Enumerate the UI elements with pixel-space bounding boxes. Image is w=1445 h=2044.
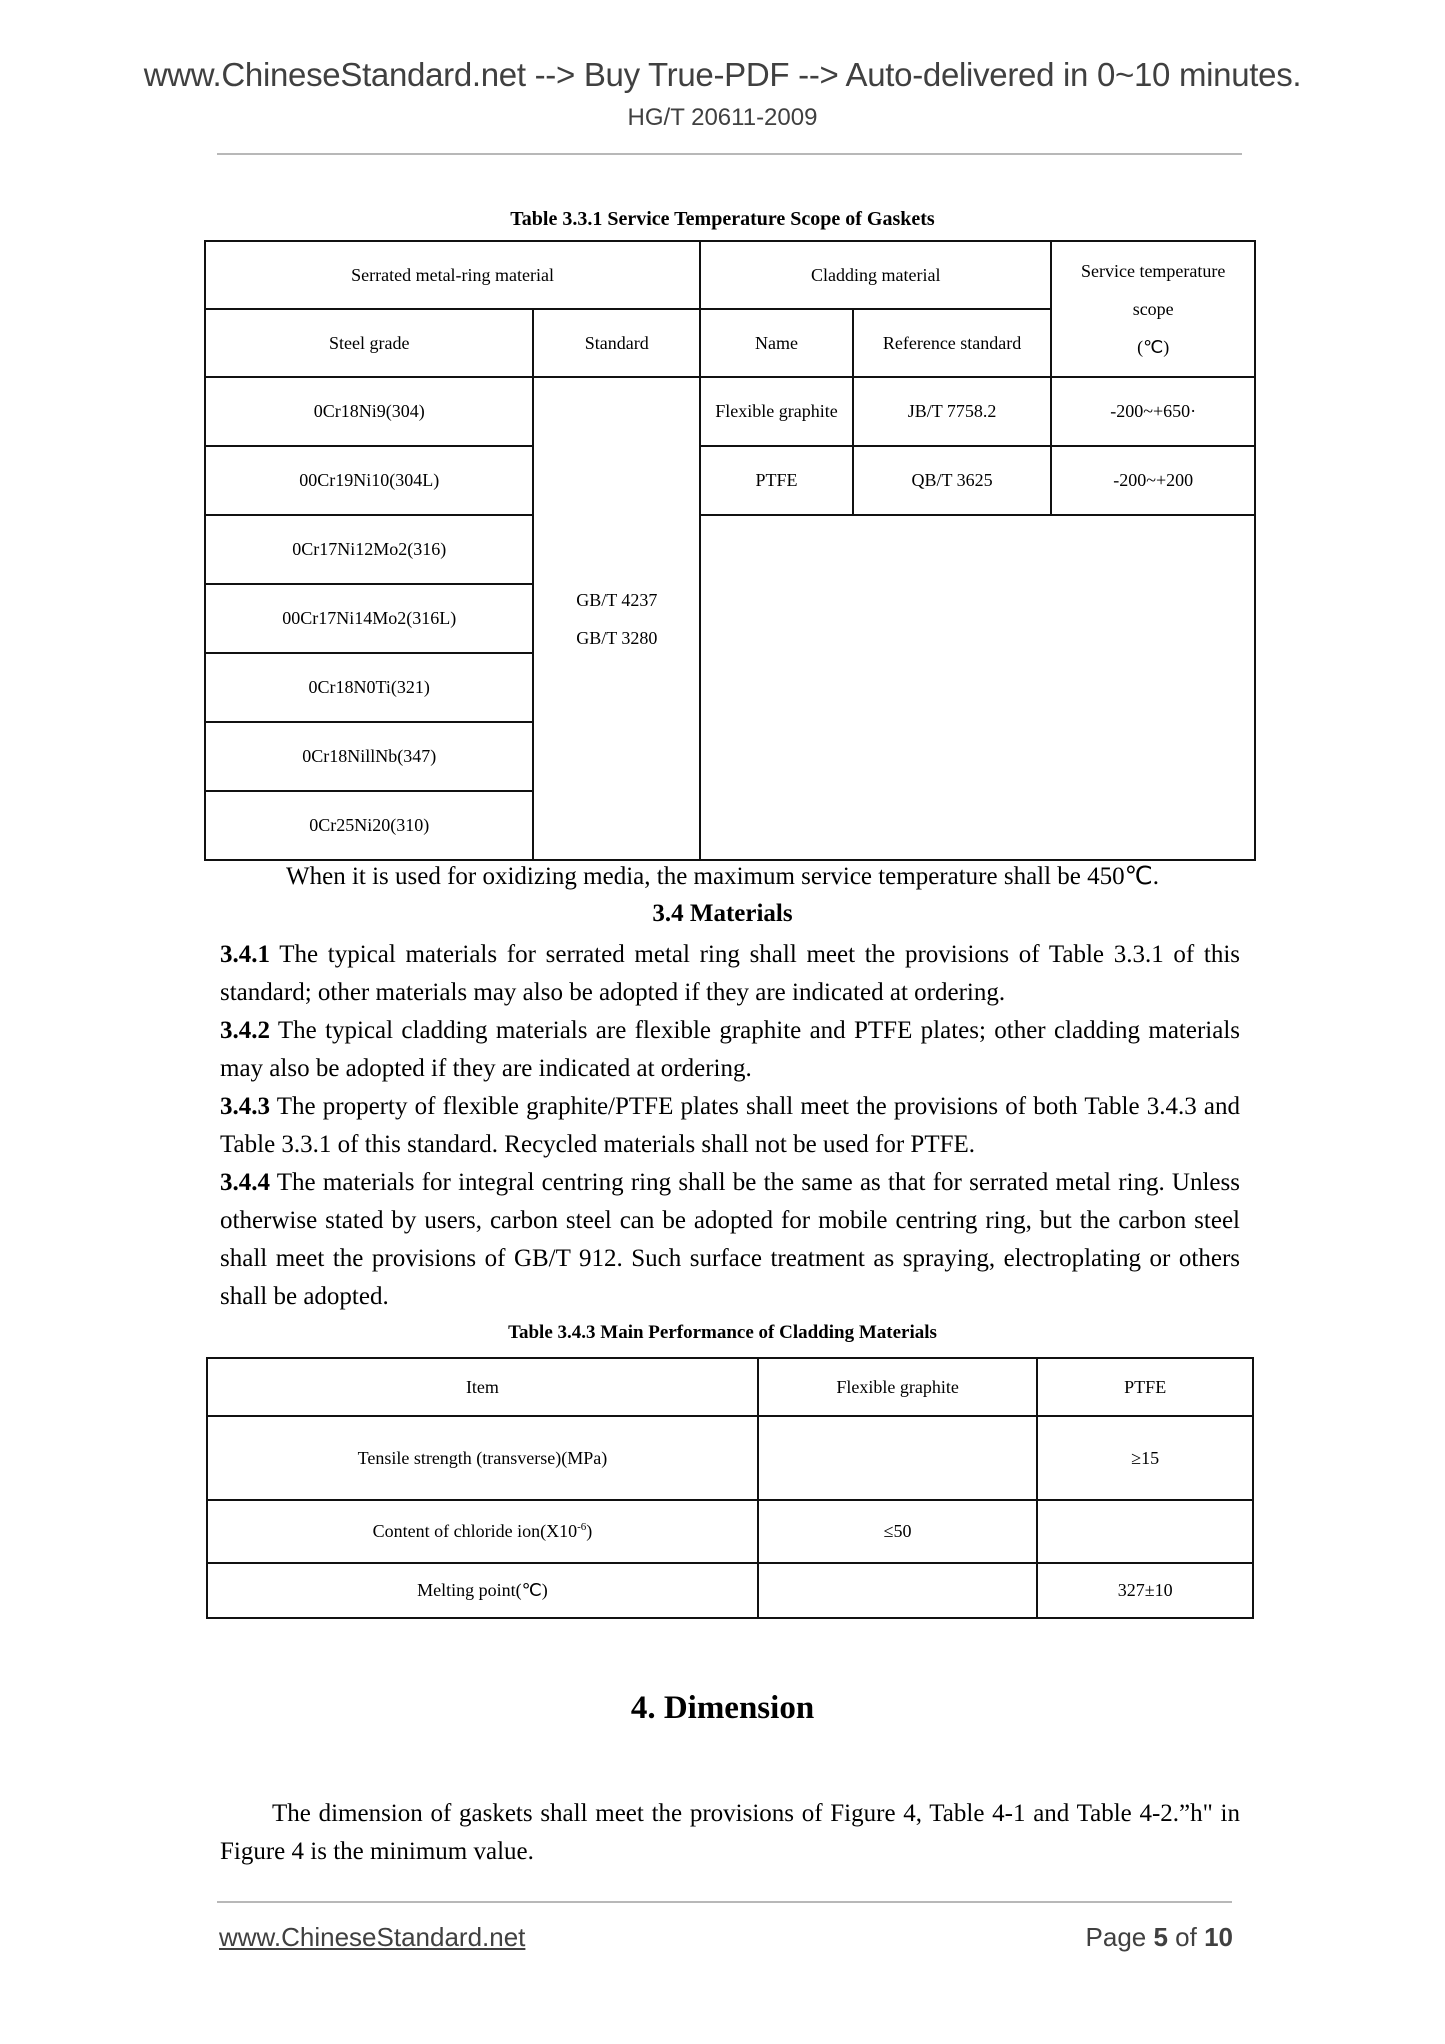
header-service-temp-unit: (℃) [1056, 328, 1250, 366]
page-of-label: of [1168, 1922, 1204, 1952]
clause-text: The typical cladding materials are flexi… [220, 1017, 1240, 1082]
steel-grade-cell: 00Cr17Ni14Mo2(316L) [205, 584, 533, 653]
section-3-4-body: 3.4.1 The typical materials for serrated… [220, 936, 1240, 1316]
table-3-4-3-caption: Table 3.4.3 Main Performance of Cladding… [0, 1322, 1445, 1344]
current-page: 5 [1153, 1922, 1167, 1952]
item-cell: Tensile strength (transverse)(MPa) [207, 1416, 758, 1500]
header-name: Name [700, 309, 853, 377]
footer-website-link[interactable]: www.ChineseStandard.net [219, 1922, 525, 1953]
cladding-name-cell: Flexible graphite [700, 377, 853, 446]
header-item: Item [207, 1358, 758, 1416]
header-serrated-material: Serrated metal-ring material [205, 241, 700, 309]
header-reference-standard: Reference standard [853, 309, 1052, 377]
table-row: Tensile strength (transverse)(MPa) ≥15 [207, 1416, 1253, 1500]
clause-text: The materials for integral centring ring… [220, 1169, 1240, 1310]
graphite-cell: ≤50 [758, 1500, 1037, 1563]
steel-grade-cell: 0Cr18NillNb(347) [205, 722, 533, 791]
item-cell: Content of chloride ion(X10-6) [207, 1500, 758, 1563]
section-4-paragraph: The dimension of gaskets shall meet the … [220, 1795, 1240, 1871]
header-steel-grade: Steel grade [205, 309, 533, 377]
footer-divider [217, 1901, 1232, 1903]
service-temperature-table: Serrated metal-ring material Cladding ma… [204, 240, 1256, 861]
standard-gbt-3280: GB/T 3280 [538, 619, 695, 657]
page-label: Page [1086, 1922, 1154, 1952]
steel-grade-cell: 0Cr18Ni9(304) [205, 377, 533, 446]
ptfe-cell [1037, 1500, 1253, 1563]
table-row: 0Cr17Ni12Mo2(316) [205, 515, 1255, 584]
steel-grade-cell: 0Cr25Ni20(310) [205, 791, 533, 860]
steel-grade-cell: 0Cr17Ni12Mo2(316) [205, 515, 533, 584]
temperature-cell: -200~+200 [1051, 446, 1255, 515]
cladding-name-cell: PTFE [700, 446, 853, 515]
header-ptfe: PTFE [1037, 1358, 1253, 1416]
oxidizing-media-note: When it is used for oxidizing media, the… [0, 861, 1445, 891]
header-standard: Standard [533, 309, 700, 377]
graphite-cell [758, 1563, 1037, 1618]
empty-cladding-region [700, 515, 1255, 860]
header-flexible-graphite: Flexible graphite [758, 1358, 1037, 1416]
item-cell: Melting point(℃) [207, 1563, 758, 1618]
clause-number: 3.4.2 [220, 1017, 270, 1044]
clause-number: 3.4.1 [220, 941, 270, 968]
header-divider [217, 153, 1242, 155]
temperature-cell: -200~+650· [1051, 377, 1255, 446]
header-service-temperature: Service temperature scope (℃) [1051, 241, 1255, 377]
paragraph-3-4-2: 3.4.2 The typical cladding materials are… [220, 1012, 1240, 1088]
steel-grade-cell: 00Cr19Ni10(304L) [205, 446, 533, 515]
item-text: Content of chloride ion(X10 [373, 1521, 577, 1541]
table-row: Content of chloride ion(X10-6) ≤50 [207, 1500, 1253, 1563]
reference-standard-cell: JB/T 7758.2 [853, 377, 1052, 446]
clause-number: 3.4.3 [220, 1093, 270, 1120]
section-3-4-title: 3.4 Materials [0, 900, 1445, 928]
ptfe-cell: ≥15 [1037, 1416, 1253, 1500]
clause-text: The typical materials for serrated metal… [220, 941, 1240, 1006]
header-banner: www.ChineseStandard.net --> Buy True-PDF… [0, 56, 1445, 94]
table-row: Melting point(℃) 327±10 [207, 1563, 1253, 1618]
standard-cell: GB/T 4237 GB/T 3280 [533, 377, 700, 860]
table-row: 0Cr18Ni9(304) GB/T 4237 GB/T 3280 Flexib… [205, 377, 1255, 446]
section-4-title: 4. Dimension [0, 1690, 1445, 1727]
ptfe-cell: 327±10 [1037, 1563, 1253, 1618]
cladding-performance-table: Item Flexible graphite PTFE Tensile stre… [206, 1357, 1254, 1619]
item-text-suffix: ) [586, 1521, 592, 1541]
paragraph-3-4-3: 3.4.3 The property of flexible graphite/… [220, 1088, 1240, 1164]
standard-gbt-4237: GB/T 4237 [538, 581, 695, 619]
header-service-temp-line2: scope [1056, 290, 1250, 328]
page-indicator: Page 5 of 10 [1086, 1922, 1233, 1953]
paragraph-3-4-4: 3.4.4 The materials for integral centrin… [220, 1164, 1240, 1316]
header-service-temp-line1: Service temperature [1056, 252, 1250, 290]
table-row: 00Cr19Ni10(304L) PTFE QB/T 3625 -200~+20… [205, 446, 1255, 515]
paragraph-3-4-1: 3.4.1 The typical materials for serrated… [220, 936, 1240, 1012]
graphite-cell [758, 1416, 1037, 1500]
steel-grade-cell: 0Cr18N0Ti(321) [205, 653, 533, 722]
standard-code: HG/T 20611-2009 [0, 104, 1445, 132]
clause-text: The property of flexible graphite/PTFE p… [220, 1093, 1240, 1158]
clause-number: 3.4.4 [220, 1169, 270, 1196]
total-pages: 10 [1204, 1922, 1233, 1952]
header-cladding-material: Cladding material [700, 241, 1051, 309]
table-3-3-1-caption: Table 3.3.1 Service Temperature Scope of… [0, 208, 1445, 231]
item-exponent: -6 [577, 1521, 586, 1533]
reference-standard-cell: QB/T 3625 [853, 446, 1052, 515]
